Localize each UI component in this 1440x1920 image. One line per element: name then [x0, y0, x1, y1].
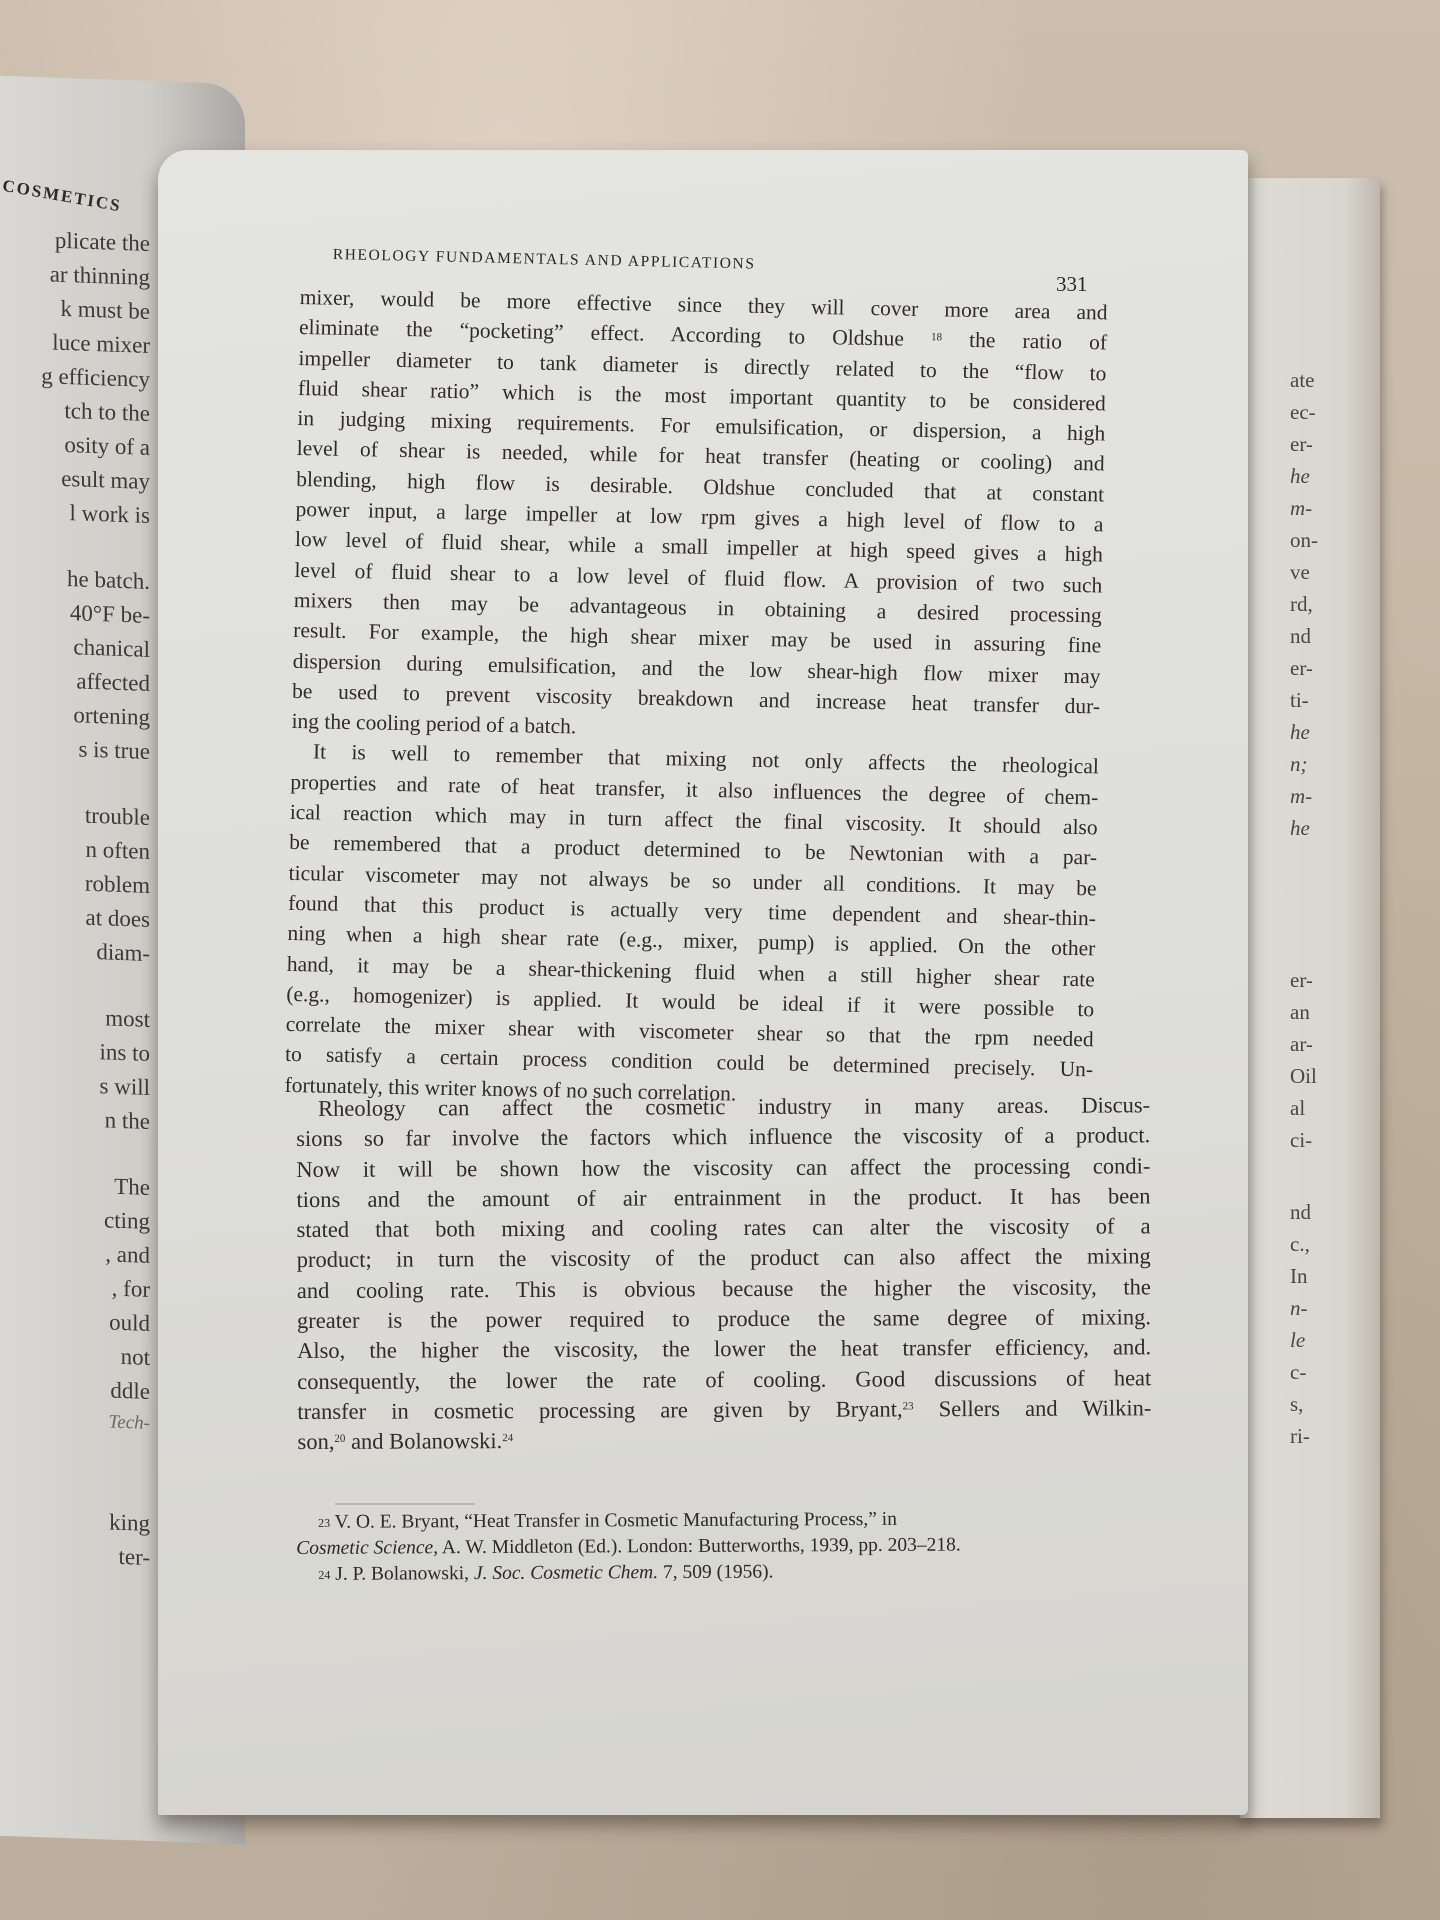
left-page-line: s is true — [0, 734, 150, 773]
paragraph-3-line: tions and the amount of air entrainment … — [296, 1179, 1150, 1213]
right-page-line — [1290, 848, 1318, 888]
page-number: 331 — [1056, 272, 1088, 297]
left-page-line — [0, 1138, 150, 1175]
right-page-line: ate — [1290, 368, 1318, 400]
footnote-text: 7, 509 (1956). — [658, 1562, 773, 1584]
footnote-24: 24 J. P. Bolanowski, J. Soc. Cosmetic Ch… — [296, 1557, 1164, 1588]
right-page-line: s, — [1290, 1392, 1318, 1424]
right-page-edge: ateec-er-hem-on-verd,nder-ti-hen;m-heer-… — [1238, 178, 1380, 1818]
right-page-line: Oil — [1290, 1064, 1318, 1096]
left-page-line: ortening — [0, 700, 150, 739]
left-page-line: l work is — [0, 498, 150, 537]
left-page-line — [0, 768, 150, 805]
left-page-line: , and — [0, 1238, 150, 1277]
paragraph-3-line: Rheology can affect the cosmetic industr… — [296, 1088, 1150, 1122]
paragraph-3-line: Also, the higher the viscosity, the lowe… — [297, 1331, 1151, 1365]
left-page-line: ar thinning — [0, 260, 150, 299]
line-text: transfer in cosmetic processing are give… — [297, 1396, 902, 1424]
left-page-line: n often — [0, 834, 150, 873]
left-page-line: The — [0, 1170, 150, 1209]
right-page-line: er- — [1290, 432, 1318, 464]
right-page-line: al — [1290, 1096, 1318, 1128]
right-page-line: an — [1290, 1000, 1318, 1032]
paragraph-3-line: sions so far involve the factors which i… — [296, 1119, 1150, 1153]
reference-sellers: 20 — [334, 1433, 345, 1445]
right-page-text-fragments: ateec-er-hem-on-verd,nder-ti-hen;m-heer-… — [1290, 368, 1318, 1456]
footnotes: 23 V. O. E. Bryant, “Heat Transfer in Co… — [296, 1505, 1164, 1588]
right-page-line: ve — [1290, 560, 1318, 592]
left-page-line: roblem — [0, 868, 150, 907]
left-page-line: ter- — [0, 1540, 150, 1579]
paragraph-3-line: and cooling rate. This is obvious becaus… — [297, 1270, 1151, 1304]
left-page-line: s will — [0, 1070, 150, 1109]
right-page-line: er- — [1290, 656, 1318, 688]
line-text: Sellers and Wilkin- — [914, 1395, 1152, 1421]
footnote-journal: J. Soc. Cosmetic Chem. — [474, 1562, 658, 1584]
left-page-text-fragments: plicate thear thinningk must beluce mixe… — [0, 226, 150, 1579]
left-page-line: chanical — [0, 632, 150, 671]
right-page-line: le — [1290, 1328, 1318, 1360]
paragraph-3-line: product; in turn the viscosity of the pr… — [297, 1240, 1151, 1274]
left-page-line: at does — [0, 902, 150, 941]
left-running-head: COSMETICS — [1, 176, 123, 217]
left-page-line: esult may — [0, 464, 150, 503]
left-page-line: ins to — [0, 1036, 150, 1075]
right-page-line: n- — [1290, 1296, 1318, 1328]
right-page-line: m- — [1290, 496, 1318, 528]
left-page-line: luce mixer — [0, 328, 150, 367]
right-page-line: n; — [1290, 752, 1318, 784]
left-page-line: n the — [0, 1104, 150, 1143]
right-page-line: ci- — [1290, 1128, 1318, 1160]
left-page-line: he batch. — [0, 564, 150, 603]
footnote-rule — [335, 1503, 475, 1505]
body-paragraphs-1-2: mixer, would be more effective since the… — [284, 282, 1108, 1115]
left-page-line: tch to the — [0, 396, 150, 435]
reference-bryant: 23 — [903, 1400, 914, 1412]
line-text: the ratio of — [969, 328, 1107, 355]
left-page-line: Tech- — [0, 1408, 150, 1447]
left-page-line: g efficiency — [0, 362, 150, 401]
paragraph-3-line: stated that both mixing and cooling rate… — [297, 1209, 1151, 1243]
left-page-line: k must be — [0, 294, 150, 333]
paragraph-3-line: son,20 and Bolanowski.24 — [297, 1422, 1151, 1456]
footnote-book-title: Cosmetic Science — [296, 1537, 433, 1559]
right-page-line: he — [1290, 816, 1318, 848]
right-page-line: m- — [1290, 784, 1318, 816]
left-page-line: most — [0, 1002, 150, 1041]
line-text: son, — [297, 1429, 334, 1454]
right-page-line: he — [1290, 720, 1318, 752]
right-page-line — [1290, 928, 1318, 968]
paragraph-3-line: Now it will be shown how the viscosity c… — [296, 1149, 1150, 1183]
right-page-line — [1290, 1160, 1318, 1200]
left-page-line: ddle — [0, 1374, 150, 1413]
footnote-number: 23 — [318, 1516, 330, 1530]
left-page-line: diam- — [0, 936, 150, 975]
right-page-line: c- — [1290, 1360, 1318, 1392]
right-page-line: rd, — [1290, 592, 1318, 624]
left-page-line: 40°F be- — [0, 598, 150, 637]
right-page-line: er- — [1290, 968, 1318, 1000]
right-page-line: c., — [1290, 1232, 1318, 1264]
reference-oldshue: 18 — [931, 331, 942, 343]
right-page-line: nd — [1290, 624, 1318, 656]
left-page-line: not — [0, 1340, 150, 1379]
right-page-line: ri- — [1290, 1424, 1318, 1456]
right-page-line: ec- — [1290, 400, 1318, 432]
left-page-line: king — [0, 1506, 150, 1545]
footnote-number: 24 — [318, 1568, 330, 1582]
right-page-line: In — [1290, 1264, 1318, 1296]
footnote-author: J. P. Bolanowski, — [335, 1563, 474, 1585]
line-text: and Bolanowski. — [345, 1428, 502, 1454]
left-page-line: plicate the — [0, 226, 150, 265]
right-page-line: ti- — [1290, 688, 1318, 720]
paragraph-3-line: consequently, the lower the rate of cool… — [297, 1361, 1151, 1395]
left-page-line — [0, 532, 150, 569]
left-page-line: cting — [0, 1204, 150, 1243]
footnote-text: , A. W. Middleton (Ed.). London: Butterw… — [433, 1535, 961, 1559]
paragraph-3-line: transfer in cosmetic processing are give… — [297, 1391, 1151, 1425]
right-page-line: he — [1290, 464, 1318, 496]
left-page-line: ould — [0, 1306, 150, 1345]
left-page-line — [0, 1474, 150, 1511]
left-page-line: trouble — [0, 800, 150, 839]
right-page-line — [1290, 888, 1318, 928]
footnote-text: V. O. E. Bryant, “Heat Transfer in Cosme… — [335, 1509, 897, 1533]
body-paragraph-3: Rheology can affect the cosmetic industr… — [296, 1088, 1152, 1455]
paragraph-3-line: greater is the power required to produce… — [297, 1300, 1151, 1334]
left-page-line — [0, 1442, 150, 1479]
left-page-line: osity of a — [0, 430, 150, 469]
reference-bolanowski: 24 — [502, 1432, 513, 1444]
right-page-line: ar- — [1290, 1032, 1318, 1064]
right-page-line: nd — [1290, 1200, 1318, 1232]
right-page-line: on- — [1290, 528, 1318, 560]
left-page-line — [0, 970, 150, 1007]
left-page-line: , for — [0, 1272, 150, 1311]
left-page-line: affected — [0, 666, 150, 705]
